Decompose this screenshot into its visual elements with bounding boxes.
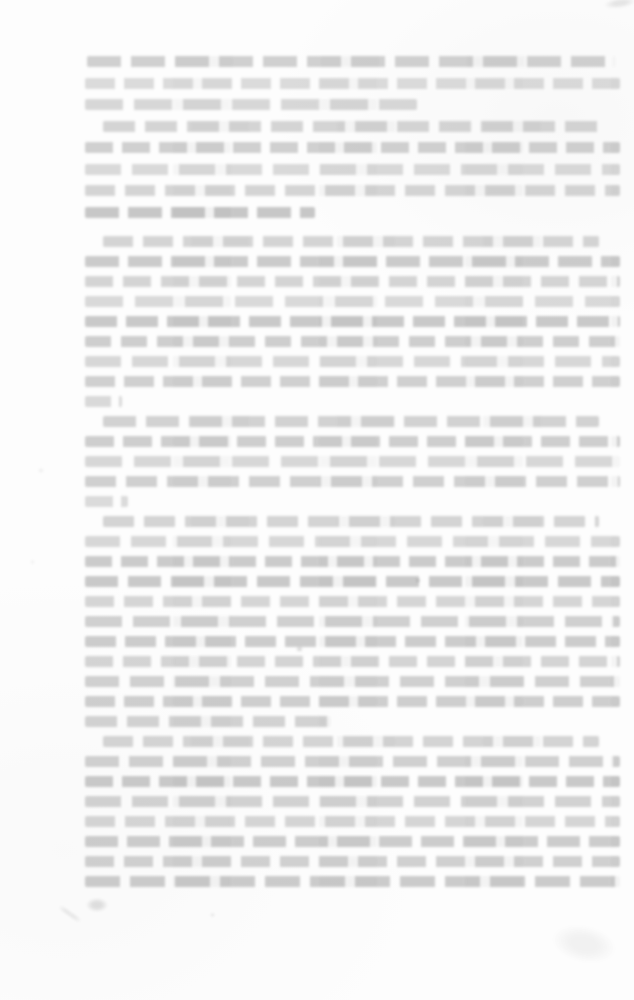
paragraph-3: [0, 236, 634, 416]
text-line: [85, 536, 620, 547]
text-line: [85, 716, 331, 727]
text-line: [85, 636, 620, 647]
text-line: [85, 185, 620, 196]
page-number-smudge: [86, 898, 108, 912]
text-line: [85, 836, 620, 847]
text-line: [85, 436, 620, 447]
text-line: [85, 676, 620, 687]
text-line: [103, 736, 599, 747]
text-line: [85, 336, 620, 347]
speck-mid-right: [415, 578, 421, 583]
text-line: [85, 796, 620, 807]
text-line: [85, 876, 620, 887]
corner-smudge-top-right: [603, 0, 634, 10]
text-line: [85, 207, 315, 218]
text-line: [85, 316, 620, 327]
text-line: [85, 576, 620, 587]
text-line: [85, 376, 620, 387]
text-line: [85, 256, 620, 267]
text-line: [85, 496, 128, 507]
text-line: [85, 164, 620, 175]
text-line: [85, 476, 620, 487]
text-line: [85, 296, 620, 307]
text-line: [85, 856, 620, 867]
text-line: [85, 78, 620, 89]
text-line: [85, 356, 620, 367]
text-line: [87, 56, 615, 67]
text-line: [85, 396, 122, 407]
speck-bottom-center: [210, 913, 215, 917]
text-line: [85, 276, 620, 287]
scanned-page: [0, 0, 634, 1000]
paragraph-1: [0, 56, 634, 121]
text-line: [85, 456, 620, 467]
ink-dot-center: [296, 646, 303, 652]
text-line: [85, 616, 620, 627]
text-line: [85, 556, 620, 567]
text-line: [103, 121, 599, 132]
margin-flourish-mark: [56, 903, 85, 925]
speck-left-margin: [38, 468, 44, 473]
text-line: [85, 656, 620, 667]
text-line: [85, 596, 620, 607]
paragraph-2: [0, 121, 634, 229]
text-line: [85, 696, 620, 707]
text-line: [85, 816, 620, 827]
text-line: [103, 516, 599, 527]
paragraph-5: [0, 516, 634, 736]
corner-smudge-bottom-right: [549, 920, 619, 969]
text-line: [85, 99, 417, 110]
text-line: [85, 776, 620, 787]
paragraph-6: [0, 736, 634, 896]
text-line: [85, 756, 620, 767]
text-line: [85, 142, 620, 153]
text-line: [103, 416, 599, 427]
paragraph-4: [0, 416, 634, 516]
speck-left-margin-2: [30, 560, 35, 564]
text-line: [103, 236, 599, 247]
